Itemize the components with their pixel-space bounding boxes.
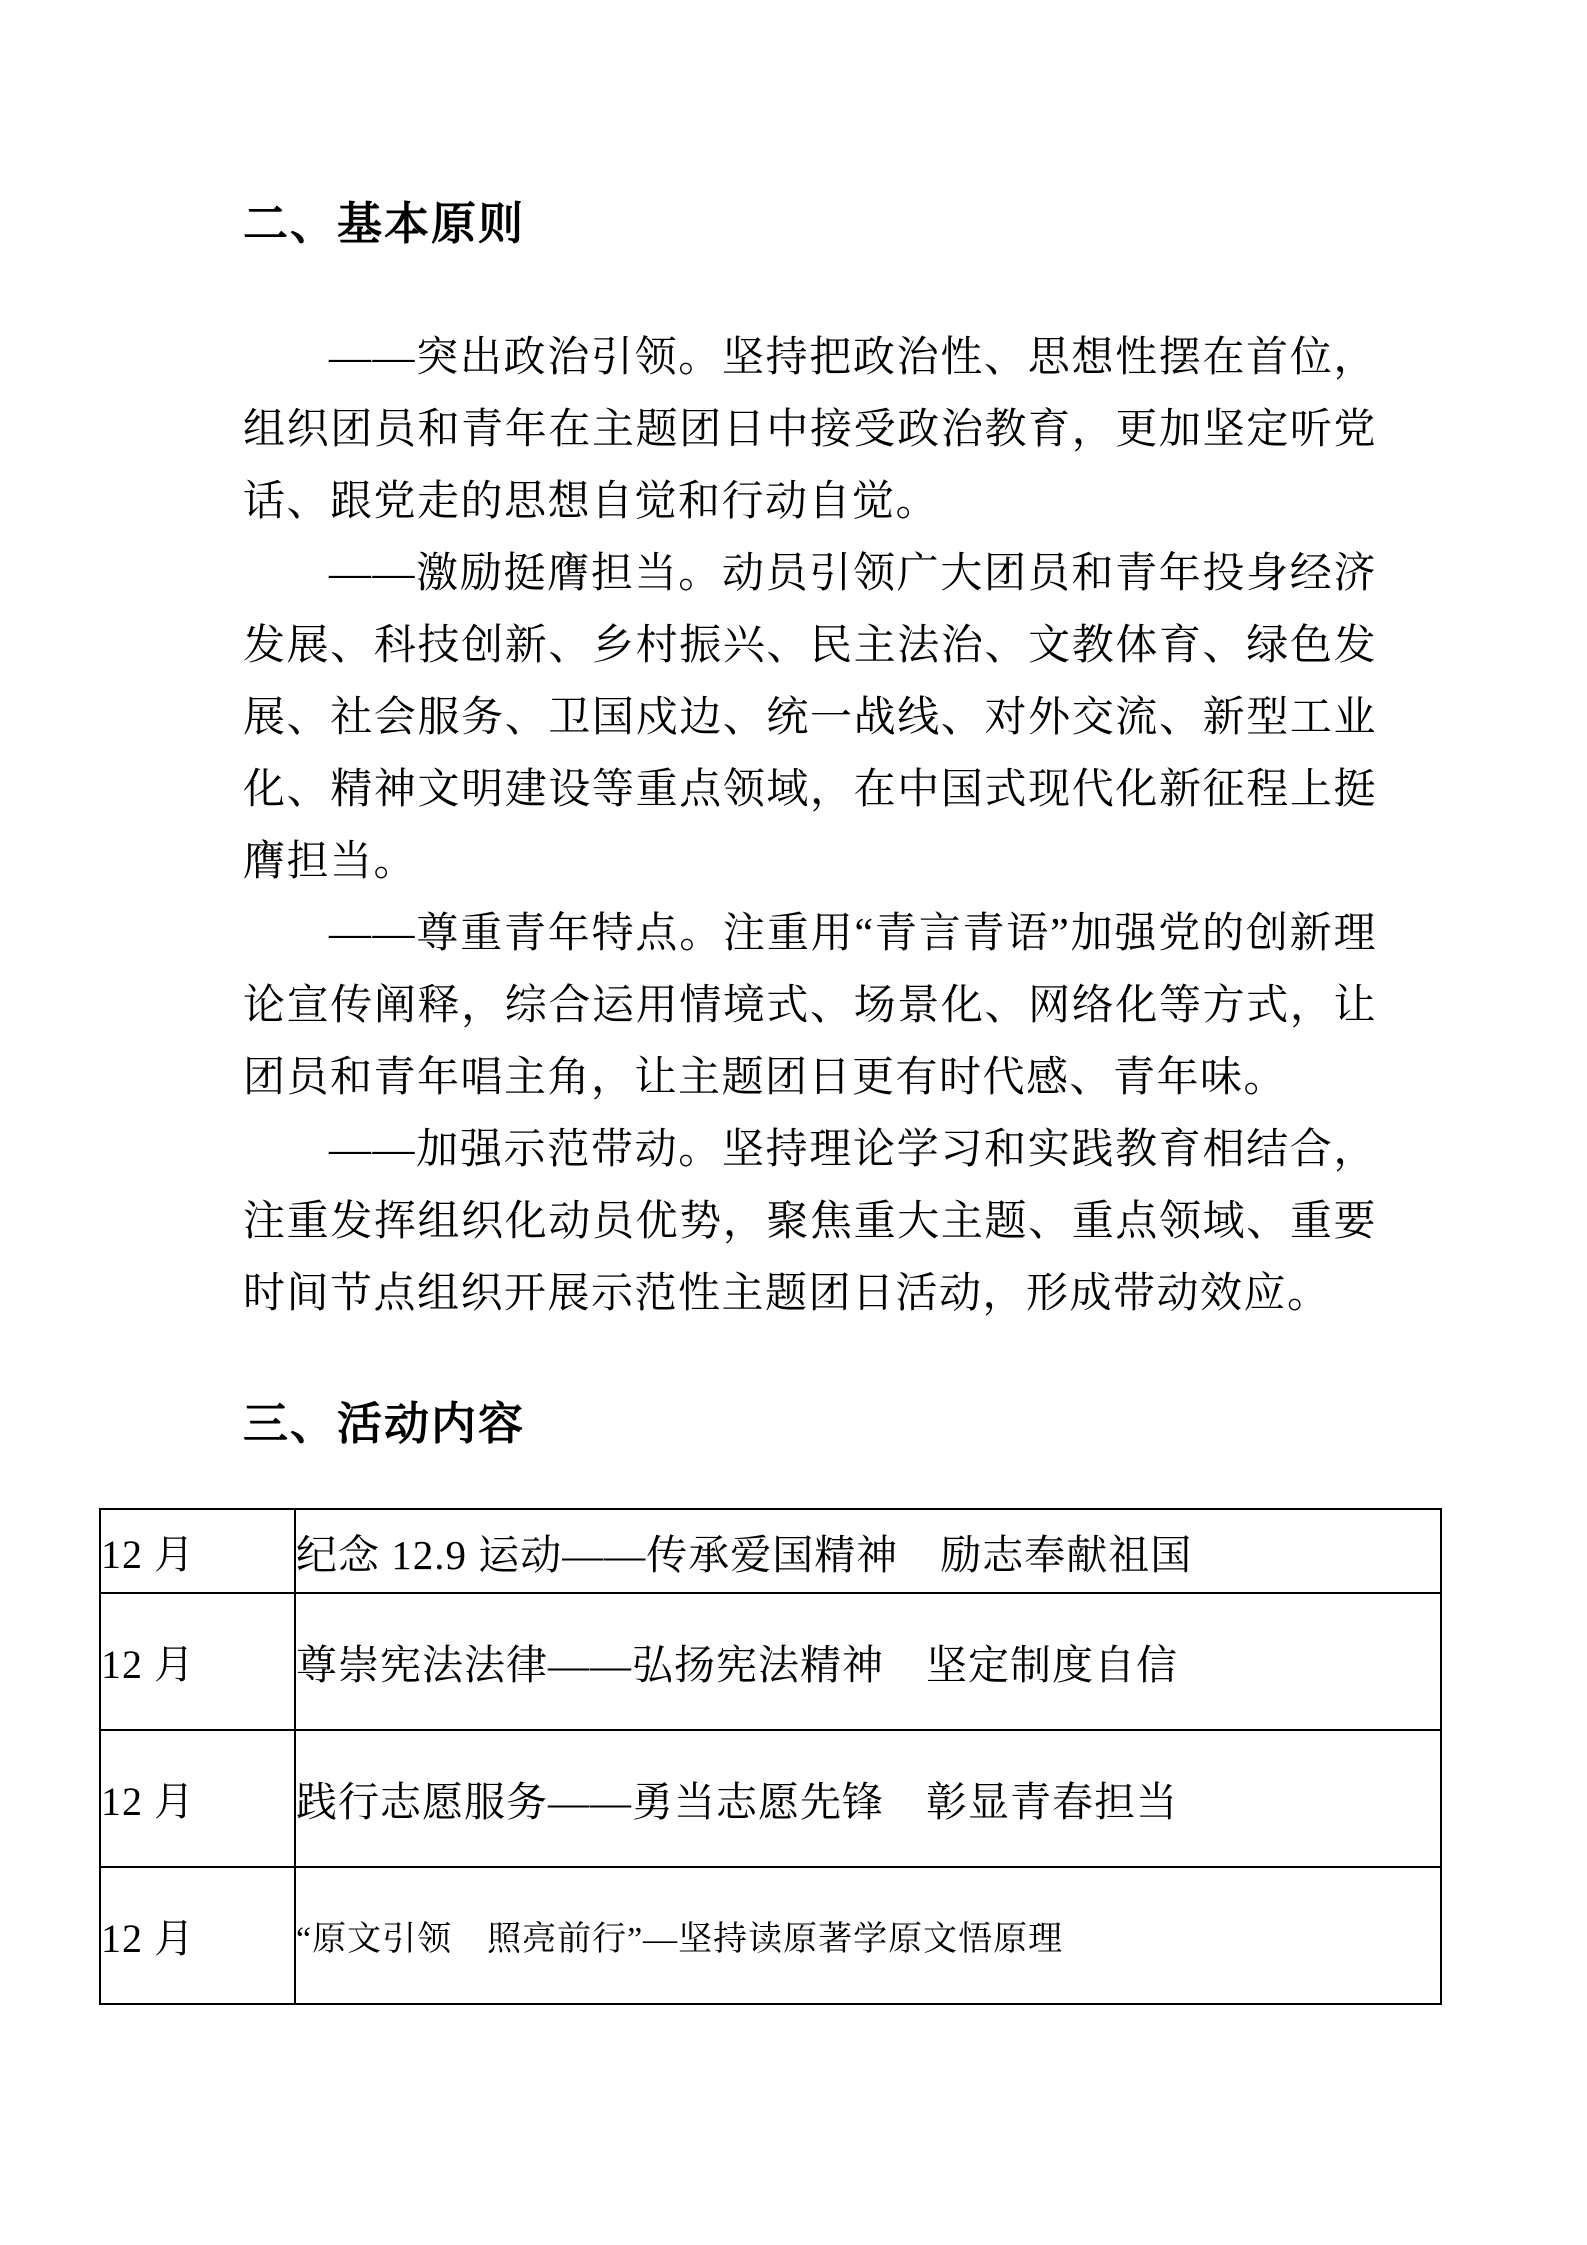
principles-paragraph-block: ——突出政治引领。坚持把政治性、思想性摆在首位，组织团员和青年在主题团日中接受政…: [243, 322, 1377, 1330]
table-row: 12 月 纪念 12.9 运动——传承爱国精神 励志奉献祖国: [100, 1509, 1441, 1593]
table-row: 12 月 “原文引领 照亮前行”—坚持读原著学原文悟原理: [100, 1867, 1441, 2004]
activity-cell: 践行志愿服务——勇当志愿先锋 彰显青春担当: [295, 1730, 1441, 1867]
month-cell: 12 月: [100, 1730, 295, 1867]
table-row: 12 月 尊崇宪法法律——弘扬宪法精神 坚定制度自信: [100, 1593, 1441, 1730]
paragraph-demonstration-drive: ——加强示范带动。坚持理论学习和实践教育相结合，注重发挥组织化动员优势，聚焦重大…: [243, 1114, 1377, 1330]
section-heading-basic-principles: 二、基本原则: [243, 198, 525, 250]
activity-table: 12 月 纪念 12.9 运动——传承爱国精神 励志奉献祖国 12 月 尊崇宪法…: [99, 1508, 1442, 2005]
activity-cell: 尊崇宪法法律——弘扬宪法精神 坚定制度自信: [295, 1593, 1441, 1730]
section-heading-activity-content: 三、活动内容: [243, 1398, 525, 1450]
month-cell: 12 月: [100, 1867, 295, 2004]
activity-cell: “原文引领 照亮前行”—坚持读原著学原文悟原理: [295, 1867, 1441, 2004]
month-cell: 12 月: [100, 1509, 295, 1593]
table-row: 12 月 践行志愿服务——勇当志愿先锋 彰显青春担当: [100, 1730, 1441, 1867]
paragraph-encourage-responsibility: ——激励挺膺担当。动员引领广大团员和青年投身经济发展、科技创新、乡村振兴、民主法…: [243, 538, 1377, 898]
paragraph-respect-youth: ——尊重青年特点。注重用“青言青语”加强党的创新理论宣传阐释，综合运用情境式、场…: [243, 898, 1377, 1114]
paragraph-political-guidance: ——突出政治引领。坚持把政治性、思想性摆在首位，组织团员和青年在主题团日中接受政…: [243, 322, 1377, 538]
activity-cell: 纪念 12.9 运动——传承爱国精神 励志奉献祖国: [295, 1509, 1441, 1593]
document-page: 二、基本原则 ——突出政治引领。坚持把政治性、思想性摆在首位，组织团员和青年在主…: [0, 0, 1587, 2245]
month-cell: 12 月: [100, 1593, 295, 1730]
